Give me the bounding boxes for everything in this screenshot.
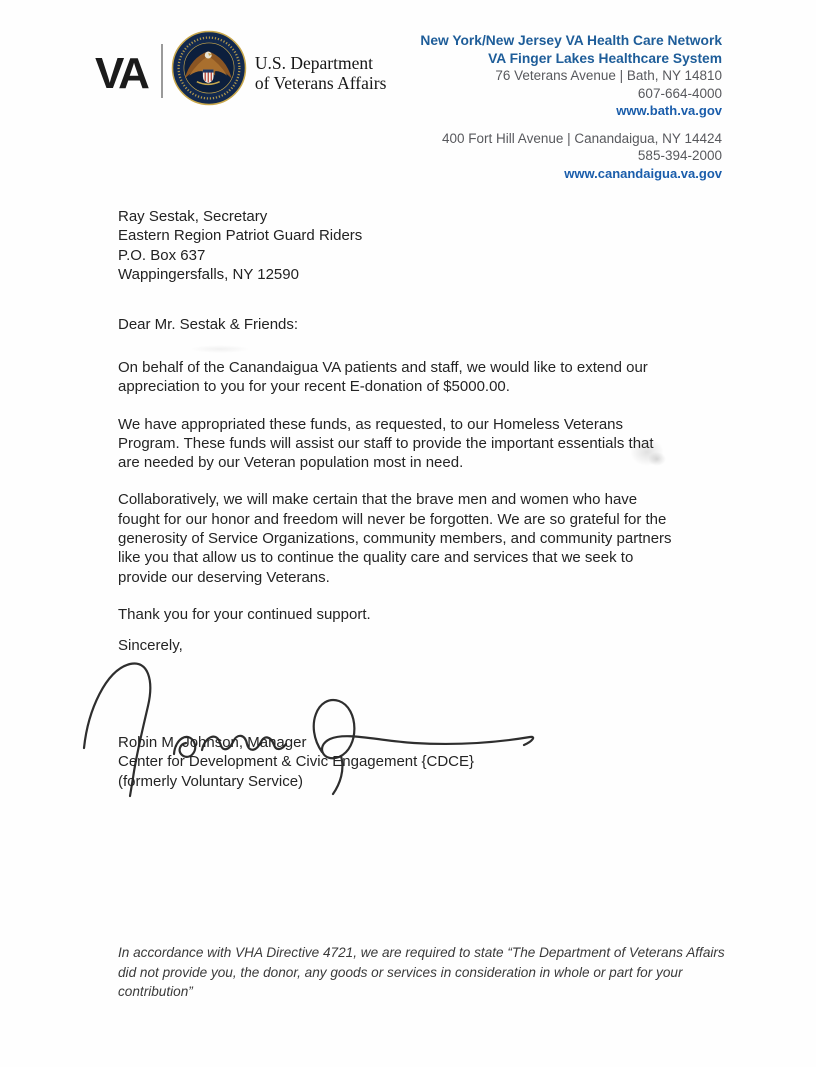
healthcare-system-name: VA Finger Lakes Healthcare System [420,50,722,68]
recipient-pobox: P.O. Box 637 [118,246,362,265]
paragraph-line: provide our deserving Veterans. [118,568,738,587]
signer-block: Robin M. Johnson, Manager Center for Dev… [118,733,474,791]
disclaimer-line: contribution” [118,982,730,1002]
dept-name: U.S. Department of Veterans Affairs [255,43,387,93]
paragraph-2: We have appropriated these funds, as req… [118,415,738,473]
vha-directive-disclaimer: In accordance with VHA Directive 4721, w… [118,943,730,1002]
signer-name-title: Robin M. Johnson, Manager [118,733,474,752]
paragraph-line: Thank you for your continued support. [118,605,738,624]
bath-address: 76 Veterans Avenue | Bath, NY 14810 [420,67,722,85]
signer-office-former: (formerly Voluntary Service) [118,772,474,791]
va-seal-icon [171,30,247,106]
letter-page: VA U.S. Department of Veterans Affairs N… [0,0,816,1067]
recipient-city-state-zip: Wappingersfalls, NY 12590 [118,265,362,284]
network-name: New York/New Jersey VA Health Care Netwo… [420,32,722,50]
signer-office: Center for Development & Civic Engagemen… [118,752,474,771]
disclaimer-line: In accordance with VHA Directive 4721, w… [118,943,730,963]
canandaigua-website: www.canandaigua.va.gov [420,165,722,183]
disclaimer-line: did not provide you, the donor, any good… [118,963,730,983]
paragraph-line: Collaboratively, we will make certain th… [118,490,738,509]
va-logo-lockup: VA U.S. Department of Veterans Affairs [95,30,386,106]
recipient-org: Eastern Region Patriot Guard Riders [118,226,362,245]
paragraph-line: fought for our honor and freedom will ne… [118,510,738,529]
paragraph-1: On behalf of the Canandaigua VA patients… [118,358,738,397]
paragraph-4: Thank you for your continued support. [118,605,738,624]
paragraph-3: Collaboratively, we will make certain th… [118,490,738,586]
paragraph-line: generosity of Service Organizations, com… [118,529,738,548]
bath-website: www.bath.va.gov [420,102,722,120]
dept-name-line1: U.S. Department [255,53,387,73]
recipient-name: Ray Sestak, Secretary [118,207,362,226]
canandaigua-phone: 585-394-2000 [420,147,722,165]
paragraph-line: On behalf of the Canandaigua VA patients… [118,358,738,377]
paragraph-line: appreciation to you for your recent E-do… [118,377,738,396]
va-wordmark: VA [95,40,147,96]
salutation: Dear Mr. Sestak & Friends: [118,316,298,333]
bath-phone: 607-664-4000 [420,85,722,103]
logo-divider [161,44,163,98]
letter-body: On behalf of the Canandaigua VA patients… [118,358,738,642]
canandaigua-address: 400 Fort Hill Avenue | Canandaigua, NY 1… [420,130,722,148]
dept-name-line2: of Veterans Affairs [255,73,387,93]
paragraph-line: are needed by our Veteran population mos… [118,453,738,472]
paragraph-line: We have appropriated these funds, as req… [118,415,738,434]
scan-smudge [190,345,250,353]
location-gap [420,120,722,130]
paragraph-line: Program. These funds will assist our sta… [118,434,738,453]
paragraph-line: like you that allow us to continue the q… [118,548,738,567]
recipient-address-block: Ray Sestak, Secretary Eastern Region Pat… [118,207,362,284]
letterhead-contact-block: New York/New Jersey VA Health Care Netwo… [420,32,722,182]
